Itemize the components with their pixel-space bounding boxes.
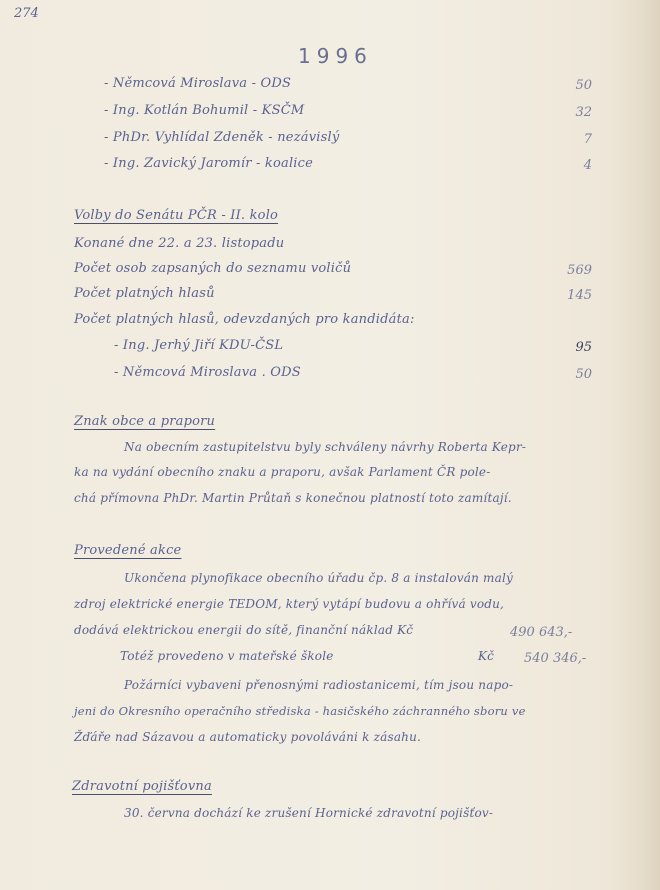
candidate-votes: 50 bbox=[532, 367, 592, 382]
valid-votes-label: Počet platných hlasů bbox=[74, 286, 215, 301]
actions-heading: Provedené akce bbox=[74, 543, 181, 558]
paragraph-line: zdroj elektrické energie TEDOM, který vy… bbox=[74, 597, 504, 611]
paragraph-line: Ukončena plynofikace obecního úřadu čp. … bbox=[124, 571, 513, 585]
cost-value: 540 346,- bbox=[524, 651, 604, 666]
year-heading: 1996 bbox=[298, 44, 373, 68]
paragraph-line: Na obecním zastupitelstvu byly schváleny… bbox=[124, 440, 526, 454]
candidate-votes: 4 bbox=[532, 158, 592, 173]
paragraph-line: chá přímovna PhDr. Martin Průtaň s koneč… bbox=[74, 491, 512, 505]
candidate-votes: 50 bbox=[532, 78, 592, 93]
candidate-votes: 32 bbox=[532, 105, 592, 120]
paragraph-line: 30. června dochází ke zrušení Hornické z… bbox=[124, 806, 493, 820]
paragraph-line: jeni do Okresního operačního střediska -… bbox=[74, 704, 526, 718]
valid-votes-value: 145 bbox=[532, 288, 592, 303]
candidate-line: - Ing. Jerhý Jiří KDU-ČSL bbox=[114, 338, 283, 353]
candidate-line: - Ing. Zavický Jaromír - koalice bbox=[104, 156, 313, 171]
paragraph-line: Požárníci vybaveni přenosnými radiostani… bbox=[124, 678, 513, 692]
candidate-votes: 7 bbox=[532, 132, 592, 147]
candidate-line: - Ing. Kotlán Bohumil - KSČM bbox=[104, 103, 304, 118]
candidate-line: - Němcová Miroslava . ODS bbox=[114, 365, 301, 380]
senate-heading: Volby do Senátu PČR - II. kolo bbox=[74, 208, 278, 223]
page-number: 274 bbox=[14, 6, 39, 21]
paragraph-line: Žďáře nad Sázavou a automaticky povolává… bbox=[74, 730, 421, 744]
paragraph-line: Totéž provedeno v mateřské škole bbox=[120, 649, 334, 663]
candidate-votes: 95 bbox=[532, 340, 592, 355]
candidate-line: - PhDr. Vyhlídal Zdeněk - nezávislý bbox=[104, 130, 339, 145]
handwritten-chronicle-page: 274 1996 - Němcová Miroslava - ODS 50 - … bbox=[0, 0, 660, 890]
registered-voters-value: 569 bbox=[532, 263, 592, 278]
cost-value: 490 643,- bbox=[510, 625, 590, 640]
paragraph-line: dodává elektrickou energii do sítě, fina… bbox=[74, 623, 413, 637]
health-insurance-heading: Zdravotní pojišťovna bbox=[72, 779, 212, 794]
registered-voters-label: Počet osob zapsaných do seznamu voličů bbox=[74, 261, 351, 276]
currency-label: Kč bbox=[478, 649, 494, 663]
candidate-line: - Němcová Miroslava - ODS bbox=[104, 76, 291, 91]
senate-date: Konané dne 22. a 23. listopadu bbox=[74, 236, 284, 251]
coat-of-arms-heading: Znak obce a praporu bbox=[74, 414, 215, 429]
per-candidate-label: Počet platných hlasů, odevzdaných pro ka… bbox=[74, 312, 415, 327]
paragraph-line: ka na vydání obecního znaku a praporu, a… bbox=[74, 465, 490, 479]
